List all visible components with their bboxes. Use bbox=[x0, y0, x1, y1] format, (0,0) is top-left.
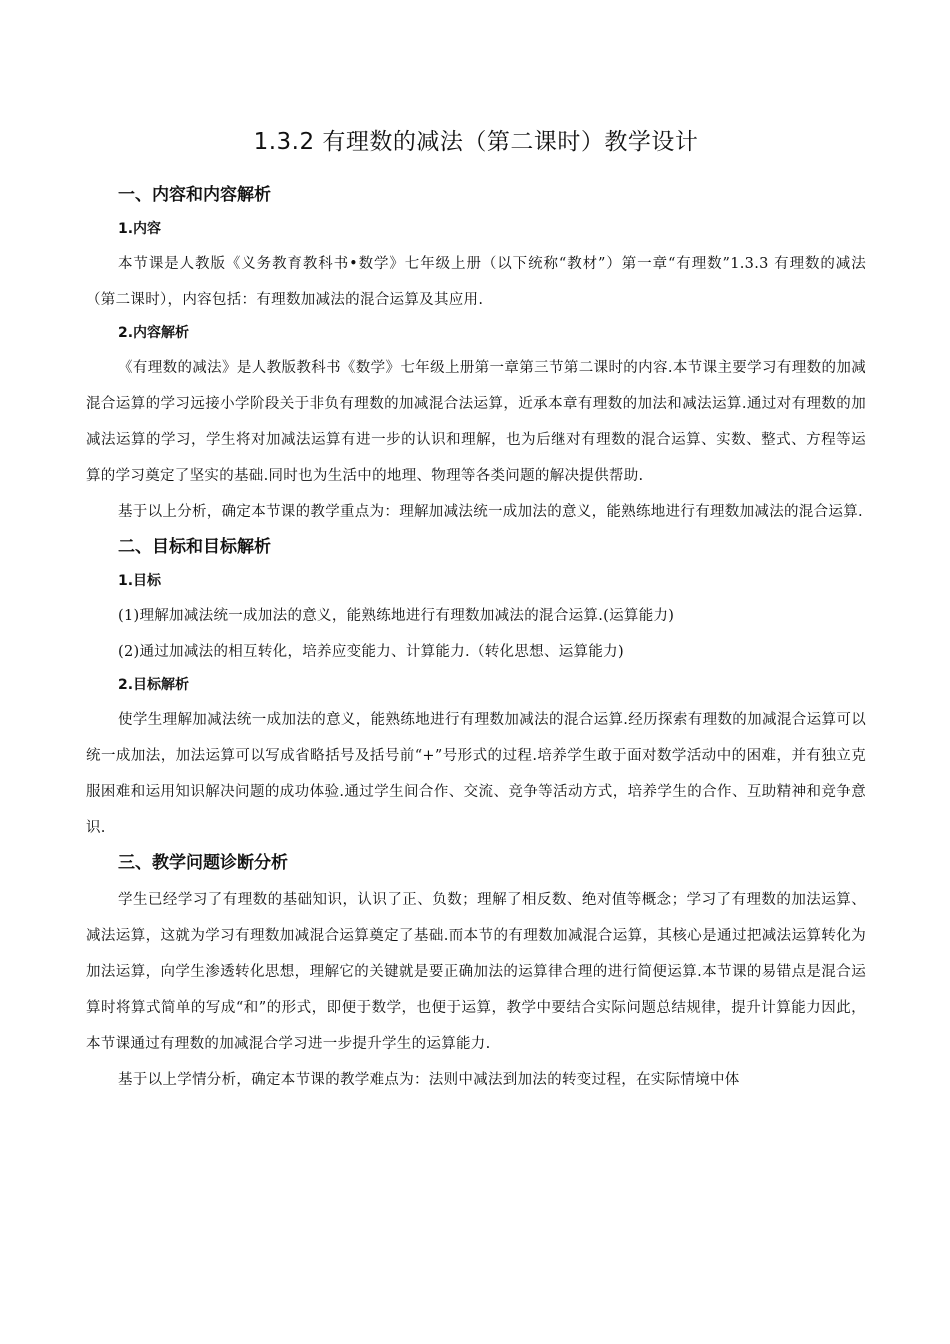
subsection-heading: 2.目标解析 bbox=[118, 670, 866, 700]
paragraph: 基于以上学情分析，确定本节课的教学难点为：法则中减法到加法的转变过程，在实际情境… bbox=[86, 1062, 866, 1098]
section-content-analysis: 一、内容和内容解析 1.内容 本节课是人教版《义务教育教科书•数学》七年级上册（… bbox=[86, 180, 866, 530]
section-teaching-diagnosis: 三、教学问题诊断分析 学生已经学习了有理数的基础知识，认识了正、负数；理解了相反… bbox=[86, 848, 866, 1098]
document-title: 1.3.2 有理数的减法（第二课时）教学设计 bbox=[86, 124, 866, 160]
goal-item: (1)理解加减法统一成加法的意义，能熟练地进行有理数加减法的混合运算.(运算能力… bbox=[86, 598, 866, 634]
paragraph: 学生已经学习了有理数的基础知识，认识了正、负数；理解了相反数、绝对值等概念；学习… bbox=[86, 882, 866, 1062]
paragraph: 本节课是人教版《义务教育教科书•数学》七年级上册（以下统称“教材”）第一章“有理… bbox=[86, 246, 866, 318]
goal-item: (2)通过加减法的相互转化，培养应变能力、计算能力.（转化思想、运算能力) bbox=[86, 634, 866, 670]
section-heading: 一、内容和内容解析 bbox=[118, 180, 866, 210]
section-heading: 二、目标和目标解析 bbox=[118, 532, 866, 562]
section-heading: 三、教学问题诊断分析 bbox=[118, 848, 866, 878]
subsection-heading: 1.内容 bbox=[118, 214, 866, 244]
paragraph: 使学生理解加减法统一成加法的意义，能熟练地进行有理数加减法的混合运算.经历探索有… bbox=[86, 702, 866, 846]
subsection-heading: 2.内容解析 bbox=[118, 318, 866, 348]
paragraph: 基于以上分析，确定本节课的教学重点为：理解加减法统一成加法的意义，能熟练地进行有… bbox=[86, 494, 866, 530]
subsection-heading: 1.目标 bbox=[118, 566, 866, 596]
section-goals-analysis: 二、目标和目标解析 1.目标 (1)理解加减法统一成加法的意义，能熟练地进行有理… bbox=[86, 532, 866, 846]
paragraph: 《有理数的减法》是人教版教科书《数学》七年级上册第一章第三节第二课时的内容.本节… bbox=[86, 350, 866, 494]
document-page: 1.3.2 有理数的减法（第二课时）教学设计 一、内容和内容解析 1.内容 本节… bbox=[86, 124, 866, 1100]
